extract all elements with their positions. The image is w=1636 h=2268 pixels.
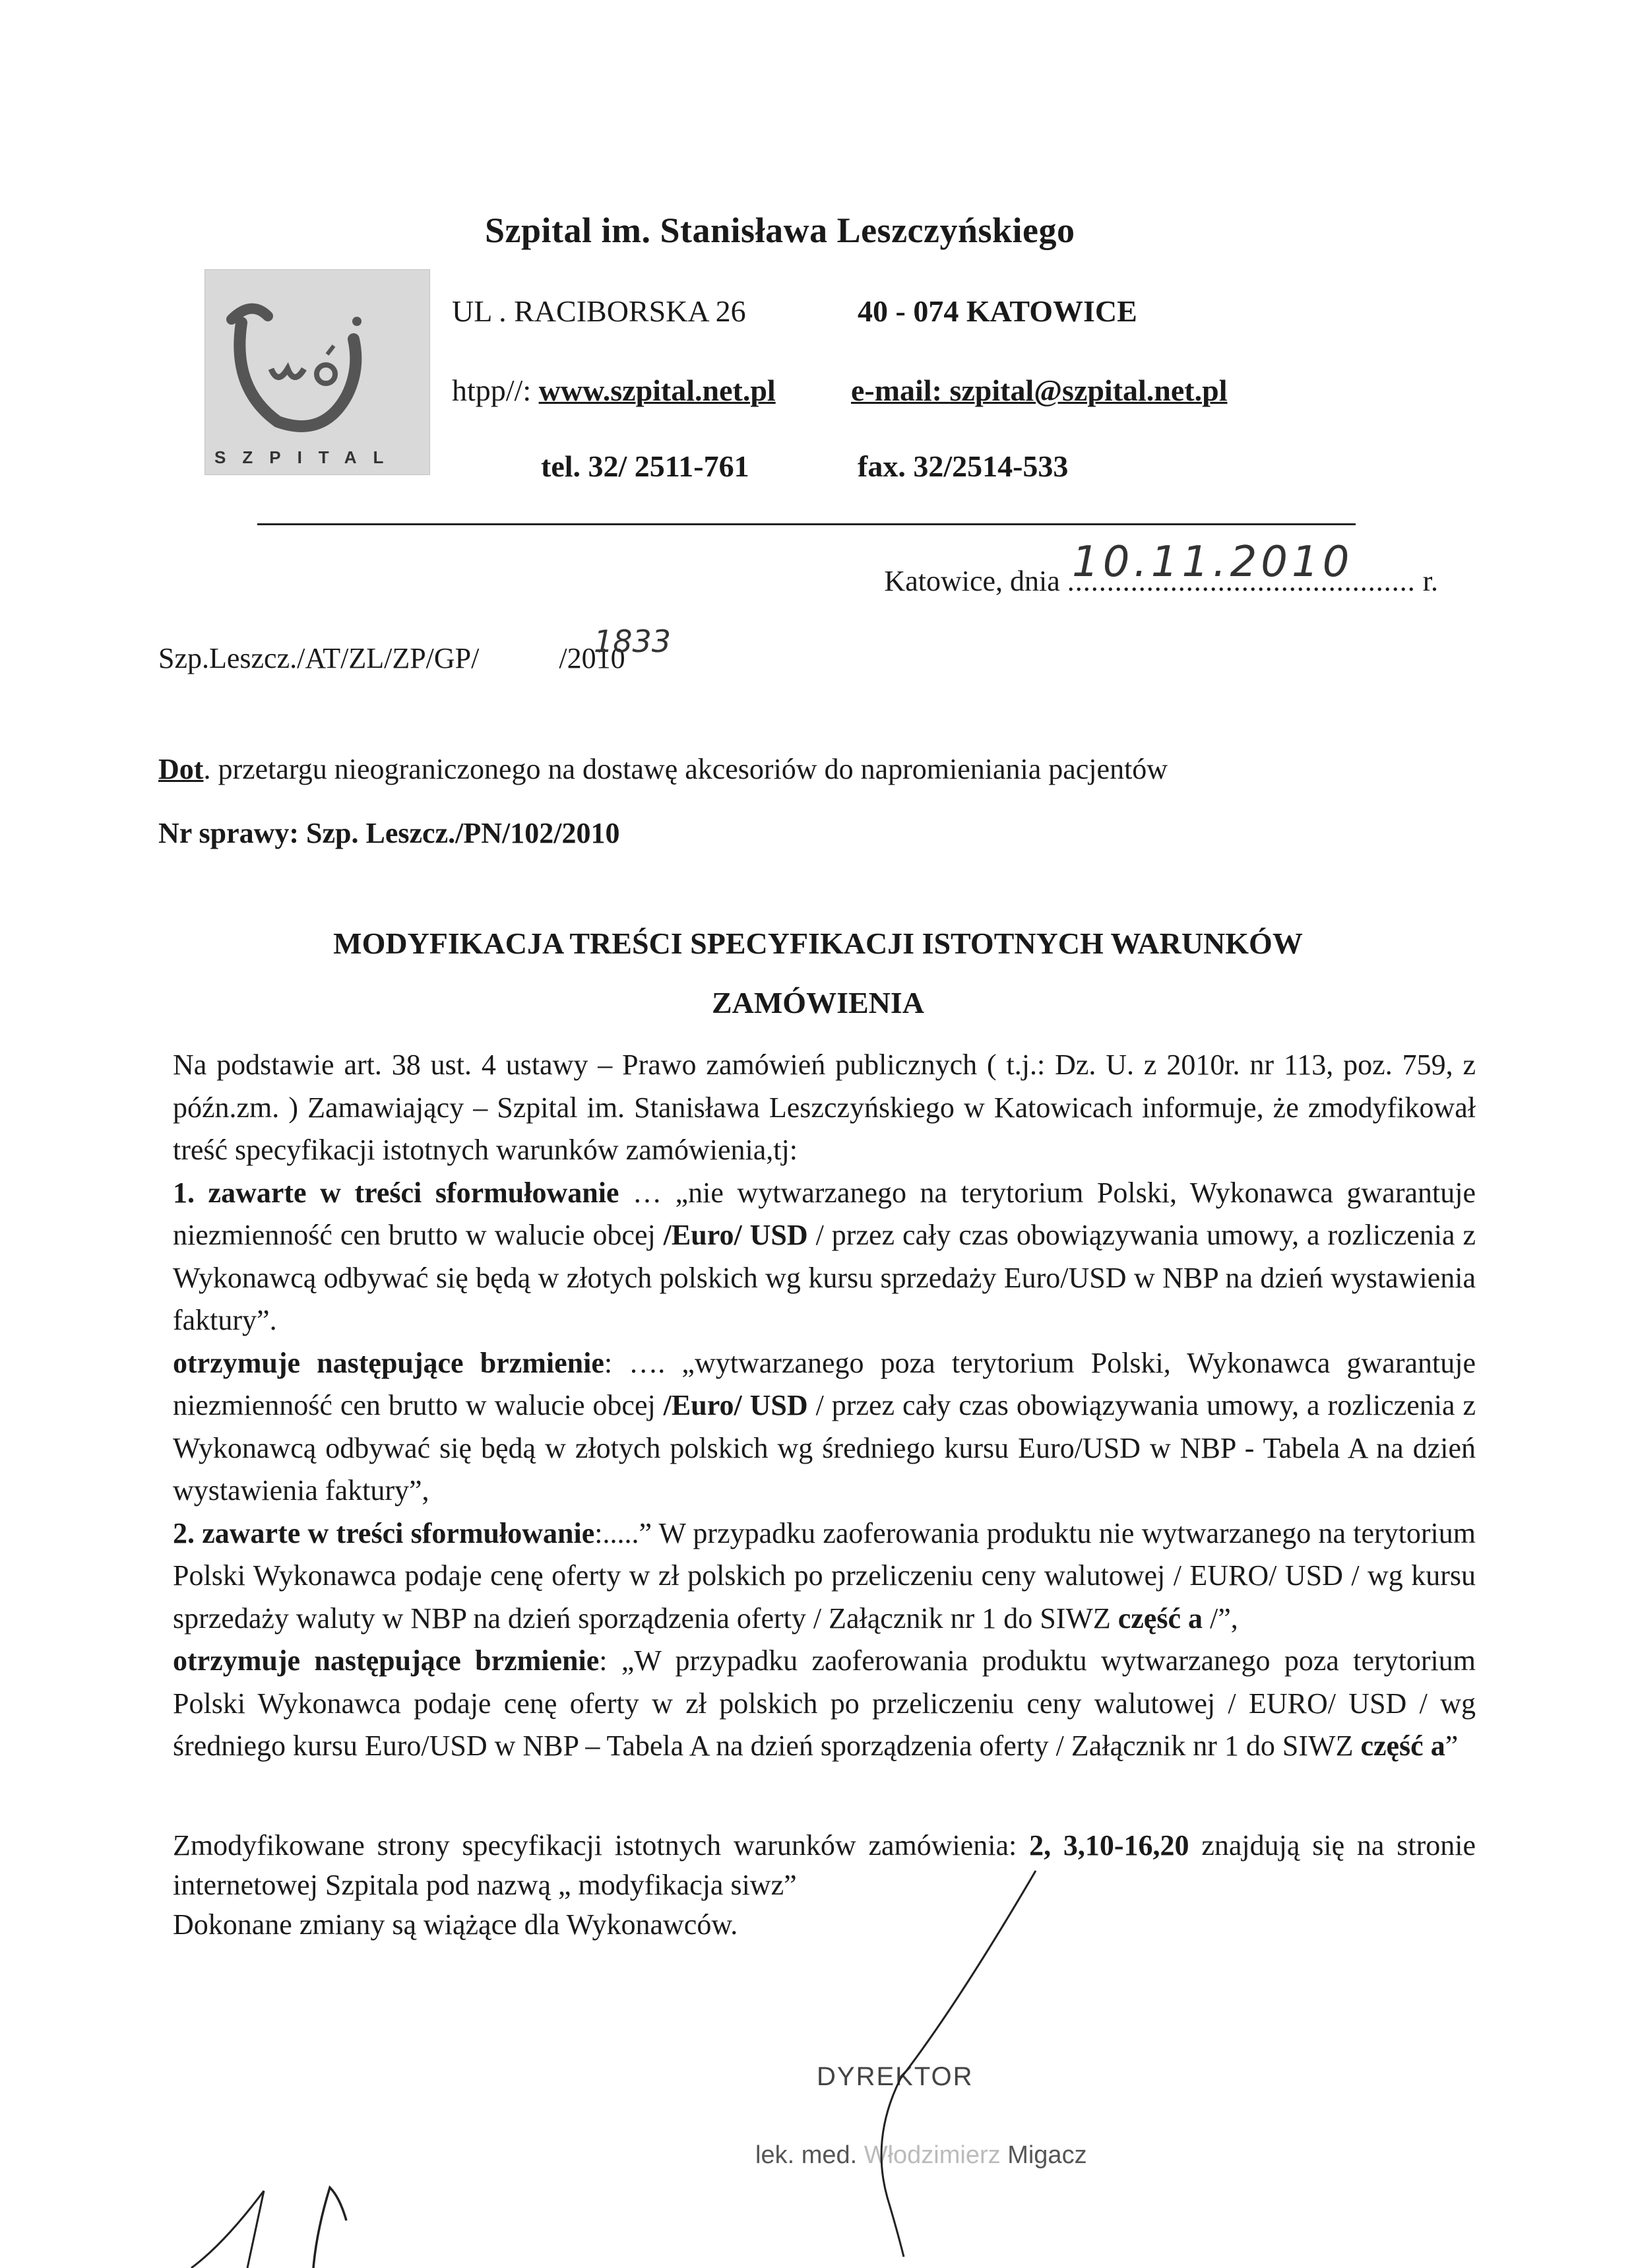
stamp-name: lek. med. Włodzimierz Migacz [755, 2141, 1087, 2170]
document-heading-line2: ZAMÓWIENIA [0, 985, 1636, 1020]
handwritten-date: 10.11.2010 [1072, 538, 1353, 587]
modified-pages-note: Zmodyfikowane strony specyfikacji istotn… [173, 1826, 1476, 1905]
document-heading: MODYFIKACJA TREŚCI SPECYFIKACJI ISTOTNYC… [0, 926, 1636, 961]
website-prefix: htpp//: [452, 373, 539, 407]
header-divider [257, 523, 1356, 525]
email-prefix: e-mail: [851, 373, 949, 407]
item-2-new-part: część a [1360, 1730, 1445, 1762]
document-body: Na podstawie art. 38 ust. 4 ustawy – Pra… [173, 1044, 1476, 1768]
phone-number: tel. 32/ 2511-761 [541, 449, 749, 484]
reference-prefix: Szp.Leszcz./AT/ZL/ZP/GP/ [158, 642, 479, 674]
subject-line: Dot. przetargu nieograniczonego na dosta… [158, 752, 1168, 786]
twoj-logo-icon [205, 270, 429, 474]
logo-caption: SZPITAL [214, 447, 400, 468]
item-1-new-label: otrzymuje następujące brzmienie [173, 1347, 604, 1379]
address-street: UL . RACIBORSKA 26 [452, 294, 746, 329]
reference-number: Szp.Leszcz./AT/ZL/ZP/GP/ /2010 [158, 641, 625, 675]
item-2-label: 2. zawarte w treści sformułowanie [173, 1517, 594, 1549]
item-1-new-currency: /Euro/ USD [664, 1389, 808, 1421]
item-1-original: 1. zawarte w treści sformułowanie … „nie… [173, 1172, 1476, 1342]
stamp-title: DYREKTOR [817, 2062, 974, 2092]
item-2-new: otrzymuje następujące brzmienie: „W przy… [173, 1640, 1476, 1768]
stamp-name-prefix: lek. med. [755, 2141, 864, 2169]
subject-text: . przetargu nieograniczonego na dostawę … [203, 753, 1168, 785]
item-1-old-currency: /Euro/ USD [664, 1219, 808, 1251]
subject-label: Dot [158, 753, 203, 785]
stamp-name-surname: Migacz [1001, 2141, 1087, 2169]
stamp-name-faded: Włodzimierz [864, 2141, 1001, 2169]
modified-pages-text: Zmodyfikowane strony specyfikacji istotn… [173, 1829, 1029, 1862]
website-link[interactable]: www.szpital.net.pl [539, 373, 776, 407]
intro-paragraph: Na podstawie art. 38 ust. 4 ustawy – Pra… [173, 1044, 1476, 1172]
fax-number: fax. 32/2514-533 [858, 449, 1068, 484]
place-date-suffix: r. [1416, 565, 1438, 597]
item-2-original: 2. zawarte w treści sformułowanie:.....”… [173, 1512, 1476, 1640]
handwritten-reference: 1833 [594, 624, 671, 659]
email-line: e-mail: szpital@szpital.net.pl [851, 373, 1227, 408]
email-link[interactable]: szpital@szpital.net.pl [949, 373, 1227, 407]
address-city: 40 - 074 KATOWICE [858, 294, 1137, 329]
item-2-new-end: ” [1445, 1730, 1459, 1762]
closing-section: Zmodyfikowane strony specyfikacji istotn… [173, 1826, 1476, 1945]
item-1-new: otrzymuje następujące brzmienie: …. „wyt… [173, 1342, 1476, 1512]
item-2-new-label: otrzymuje następujące brzmienie [173, 1644, 599, 1677]
place-date-prefix: Katowice, dnia [884, 565, 1067, 597]
binding-changes-note: Dokonane zmiany są wiążące dla Wykonawcó… [173, 1905, 1476, 1945]
item-2-old-end: /”, [1203, 1602, 1238, 1635]
hospital-logo: SZPITAL [204, 269, 430, 475]
case-number: Nr sprawy: Szp. Leszcz./PN/102/2010 [158, 816, 619, 850]
website-line: htpp//: www.szpital.net.pl [452, 373, 776, 408]
modified-pages-list: 2, 3,10-16,20 [1029, 1829, 1189, 1862]
organization-name: Szpital im. Stanisława Leszczyńskiego [485, 210, 1075, 251]
item-1-label: 1. zawarte w treści sformułowanie [173, 1177, 619, 1209]
item-2-old-part: część a [1118, 1602, 1203, 1635]
